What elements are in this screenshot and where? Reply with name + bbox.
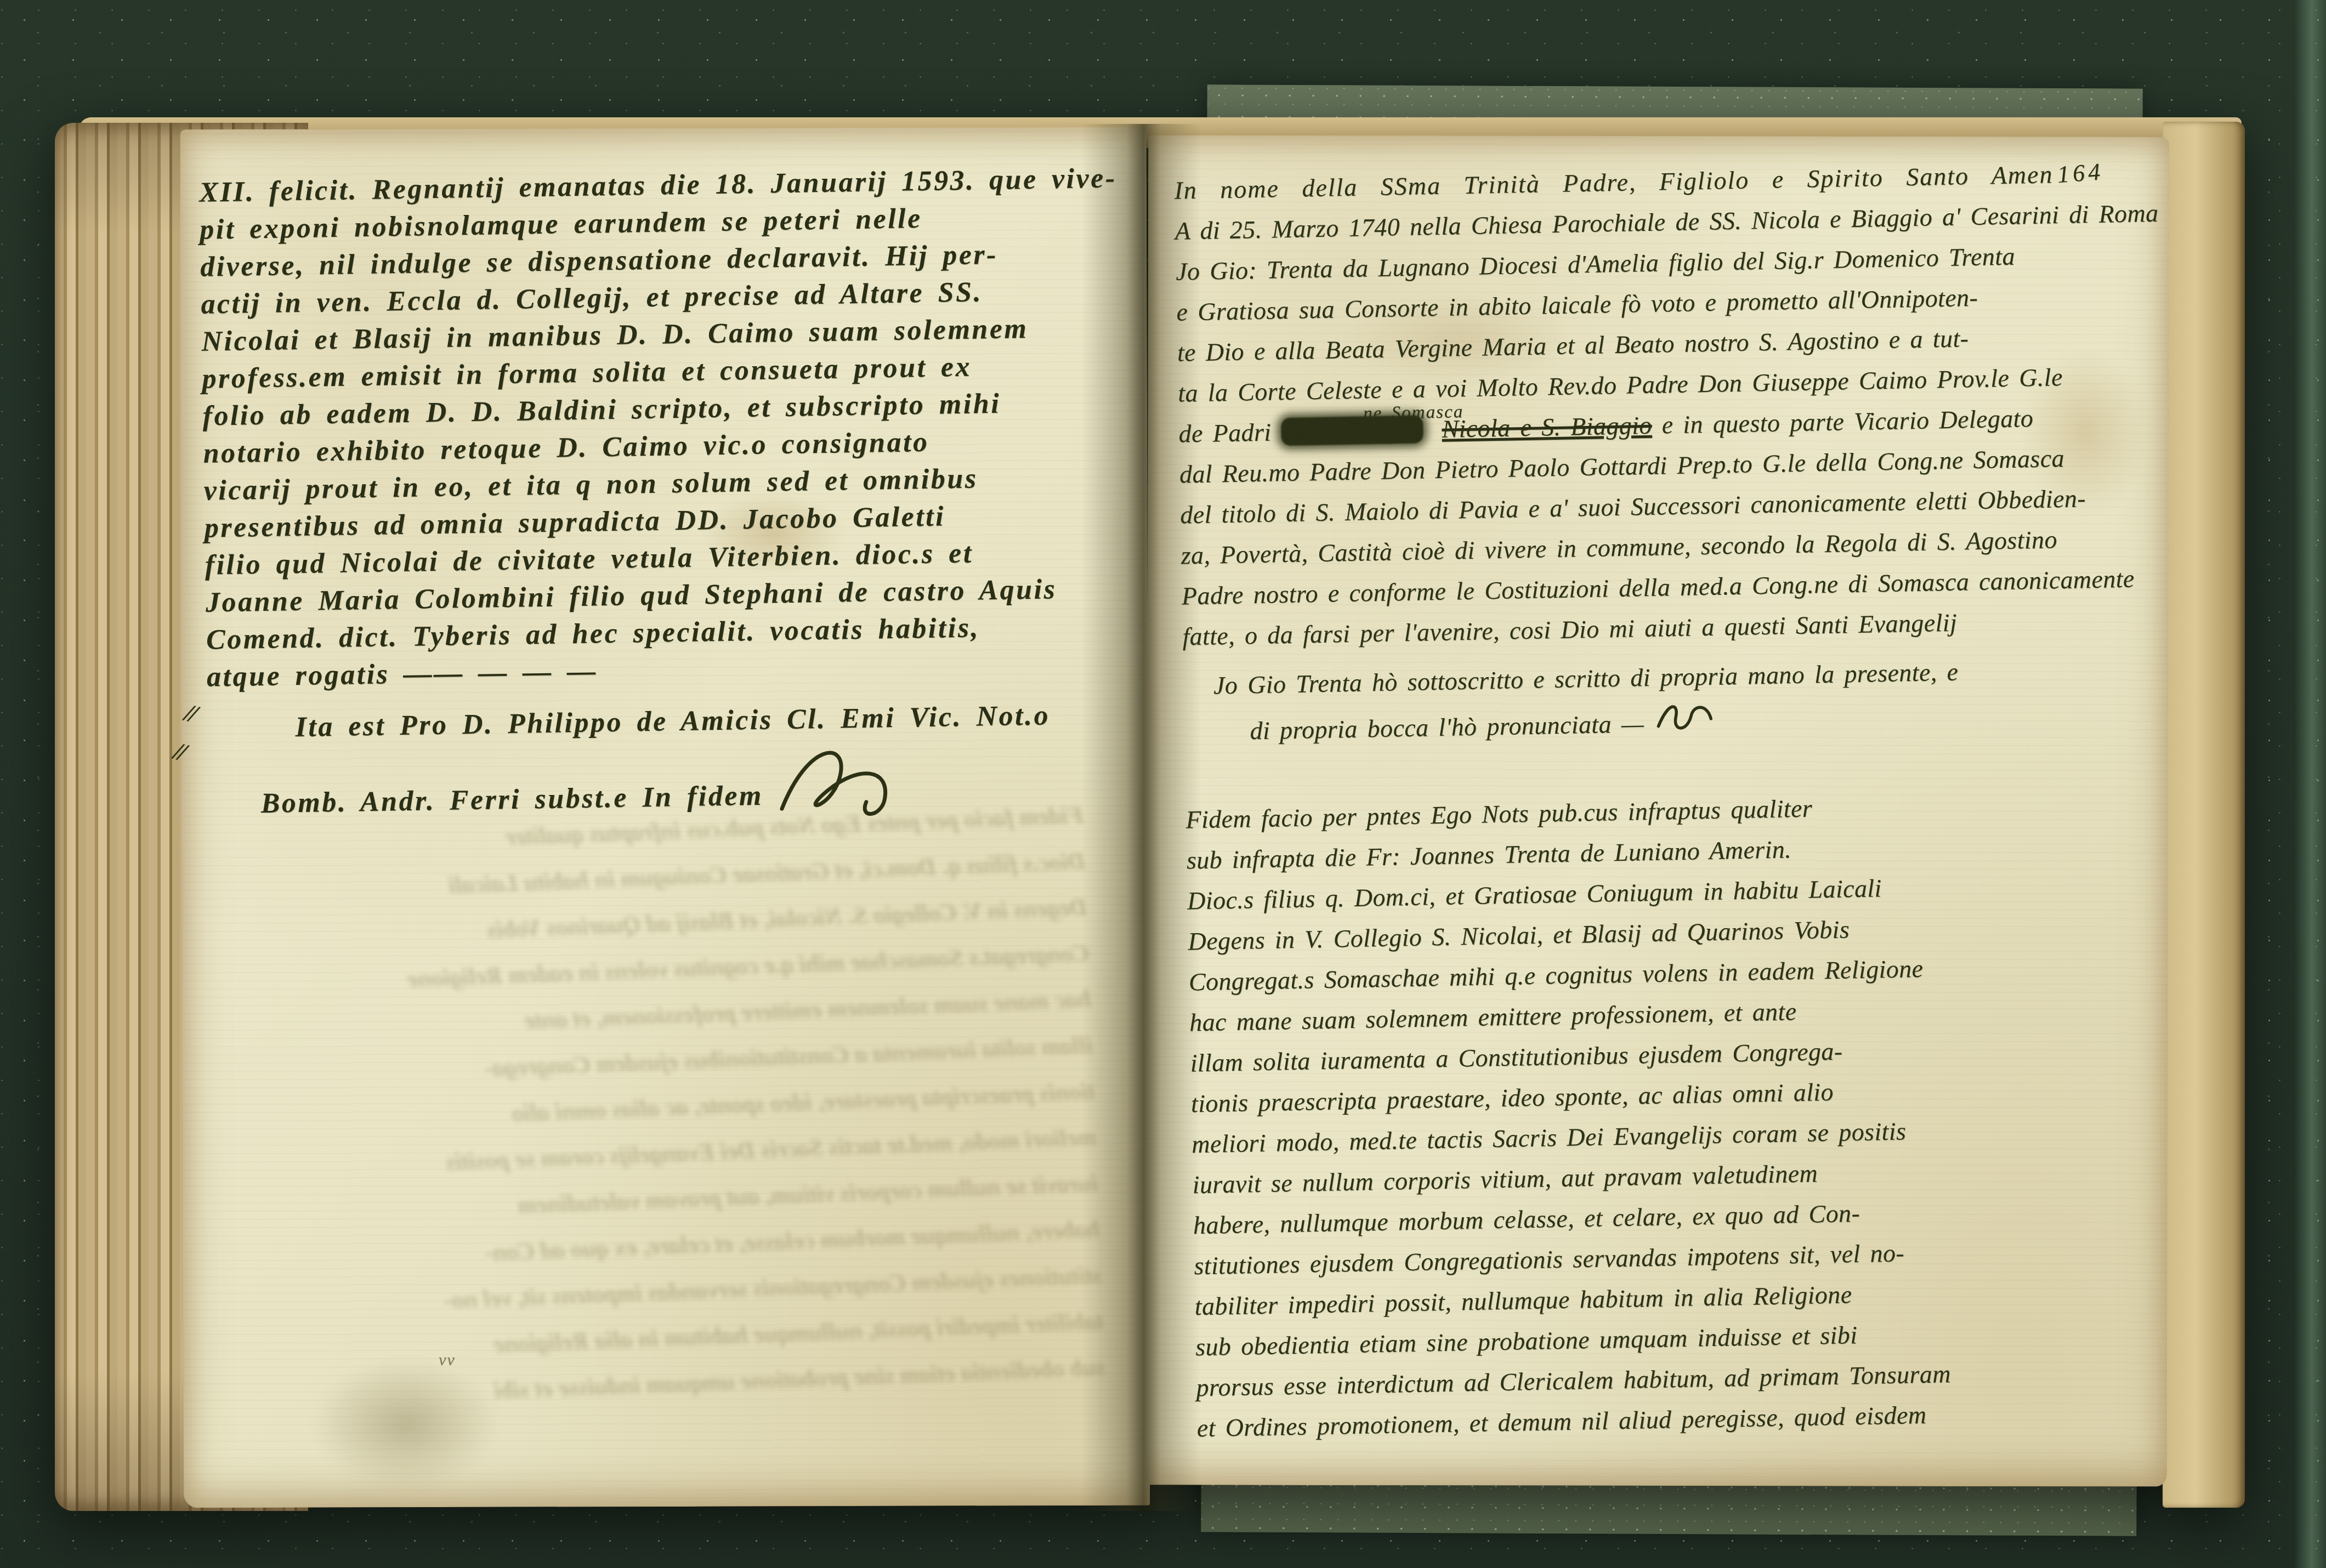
attestation-text: Bomb. Andr. Ferri subst.e In fidem [260, 780, 763, 819]
bleedthrough-text: Fidem facio per pntes Ego Nots pub.cus i… [184, 792, 1108, 1473]
notary-certification: Fidem facio per pntes Ego Nots pub.cus i… [1185, 782, 2184, 1449]
struck-through-text: Nicola e S. Biaggio [1442, 411, 1652, 443]
ink-blot: della Congr.ene Somasca [1281, 409, 1423, 452]
scan-edge-light-strip [2294, 0, 2326, 1568]
left-page-text-block: XII. felicit. Regnantij emanatas die 18.… [199, 159, 1164, 835]
right-page-text-block: In nome della SSma Trinità Padre, Figlio… [1174, 152, 2184, 1449]
signature-flourish [776, 737, 904, 827]
notary-attestation: Ita est Pro D. Philippo de Amicis Cl. Em… [207, 695, 1163, 835]
inserted-correction: ne Somasca [1363, 391, 1464, 434]
open-manuscript-book: Fidem facio per pntes Ego Nots pub.cus i… [55, 114, 2245, 1520]
photographed-manuscript-scene: Fidem facio per pntes Ego Nots pub.cus i… [0, 0, 2326, 1568]
professed-subscription: Jo Gio Trenta hò sottoscritto e scritto … [1183, 648, 2171, 753]
small-check-mark: vv [439, 1351, 456, 1370]
pen-squiggle [1654, 697, 1715, 736]
line-text: de Padri [1178, 418, 1281, 447]
attestation-line: Bomb. Andr. Ferri subst.e In fidem [208, 732, 1163, 835]
line-text: e in questo parte Vicario Delegato [1652, 404, 2033, 439]
subscription-text: di propria bocca l'hò pronunciata — [1250, 709, 1644, 745]
